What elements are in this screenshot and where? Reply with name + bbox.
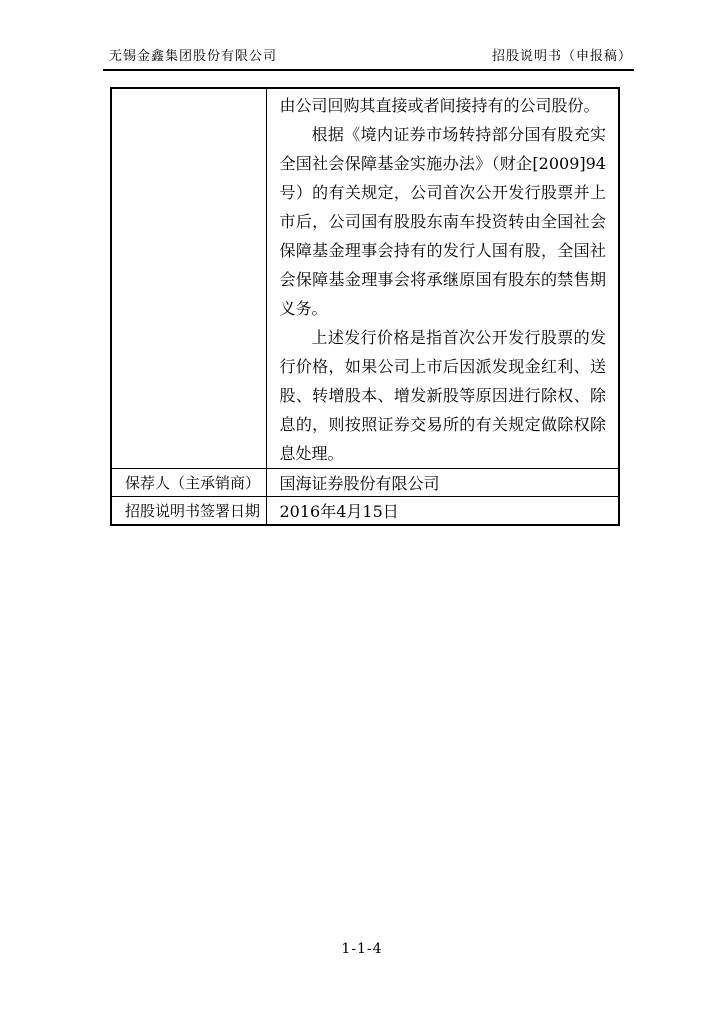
paragraph-issue-price: 上述发行价格是指首次公开发行股票的发行价格，如果公司上市后因派发现金红利、送股、…: [280, 323, 607, 468]
page-header: 无锡金鑫集团股份有限公司 招股说明书（申报稿）: [103, 45, 634, 71]
continuation-text-cell: 由公司回购其直接或者间接持有的公司股份。 根据《境内证券市场转持部分国有股充实全…: [266, 88, 619, 469]
sponsor-value: 国海证券股份有限公司: [266, 469, 619, 497]
page-number: 1-1-4: [341, 941, 382, 957]
table-row-sponsor: 保荐人（主承销商） 国海证券股份有限公司: [111, 469, 619, 497]
header-doc-title: 招股说明书（申报稿）: [492, 45, 632, 64]
document-page: 无锡金鑫集团股份有限公司 招股说明书（申报稿） 由公司回购其直接或者间接持有的公…: [0, 0, 724, 1024]
paragraph-share-buyback: 由公司回购其直接或者间接持有的公司股份。: [280, 91, 607, 120]
table-row-signing-date: 招股说明书签署日期 2016年4月15日: [111, 497, 619, 526]
sponsor-label: 保荐人（主承销商）: [111, 469, 266, 497]
continuation-empty-label-cell: [111, 88, 266, 469]
paragraph-social-security-fund: 根据《境内证券市场转持部分国有股充实全国社会保障基金实施办法》（财企[2009]…: [280, 120, 607, 323]
signing-date-label: 招股说明书签署日期: [111, 497, 266, 526]
prospectus-summary-table: 由公司回购其直接或者间接持有的公司股份。 根据《境内证券市场转持部分国有股充实全…: [110, 87, 620, 526]
header-company-name: 无锡金鑫集团股份有限公司: [109, 45, 277, 64]
table-row-continuation: 由公司回购其直接或者间接持有的公司股份。 根据《境内证券市场转持部分国有股充实全…: [111, 88, 619, 469]
signing-date-value: 2016年4月15日: [266, 497, 619, 526]
page-footer: 1-1-4: [0, 941, 724, 957]
